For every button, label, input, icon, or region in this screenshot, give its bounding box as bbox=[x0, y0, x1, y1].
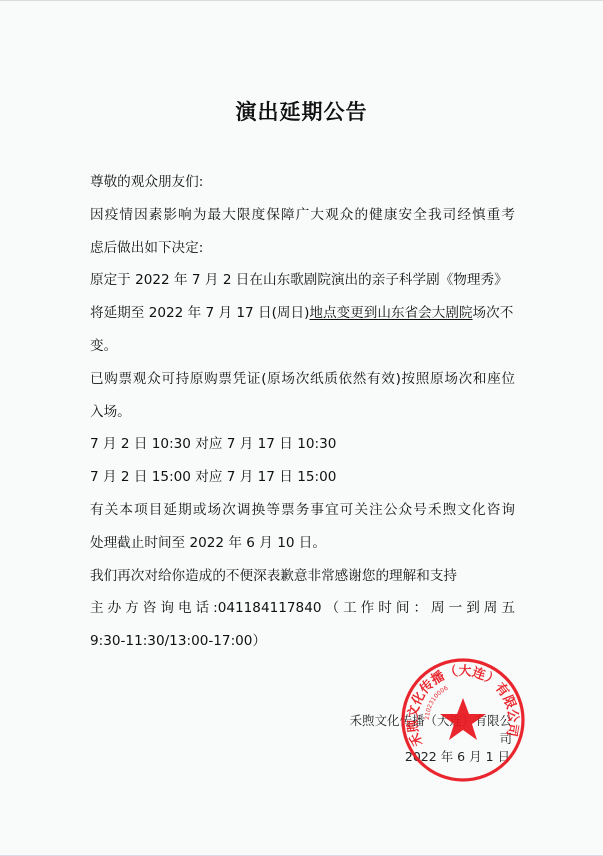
paragraph-2-line-3: 变。 bbox=[90, 330, 515, 363]
company-seal-stamp: 禾煦文化传播（大连）有限公司 2102310006 bbox=[399, 656, 527, 784]
paragraph-2-line-2: 将延期至 2022 年 7 月 17 日(周日)地点变更到山东省会大剧院场次不 bbox=[90, 297, 515, 330]
paragraph-4-line-2: 处理截止时间至 2022 年 6 月 10 日。 bbox=[90, 527, 515, 560]
venue-change-underlined: 地点变更到山东省会大剧院 bbox=[309, 305, 472, 321]
session-unchanged-text: 场次不 bbox=[473, 305, 514, 321]
salutation: 尊敬的观众朋友们: bbox=[90, 166, 515, 199]
paragraph-2-line-1: 原定于 2022 年 7 月 2 日在山东歌剧院演出的亲子科学剧《物理秀》 bbox=[90, 264, 515, 297]
paragraph-1-line-2: 虑后做出如下决定: bbox=[90, 232, 515, 265]
paragraph-4-line-1: 有关本项目延期或场次调换等票务事宜可关注公众号禾煦文化咨询 bbox=[90, 494, 515, 527]
schedule-line-1: 7 月 2 日 10:30 对应 7 月 17 日 10:30 bbox=[90, 428, 515, 461]
contact-line-2: 9:30-11:30/13:00-17:00） bbox=[90, 625, 515, 658]
star-icon bbox=[440, 698, 486, 740]
paragraph-5-line-1: 我们再次对给你造成的不便深表歉意非常感谢您的理解和支持 bbox=[90, 560, 515, 593]
page-top-border bbox=[0, 0, 603, 1]
paragraph-3-line-2: 入场。 bbox=[90, 396, 515, 429]
paragraph-3-line-1: 已购票观众可持原购票凭证(原场次纸质依然有效)按照原场次和座位 bbox=[90, 363, 515, 396]
postpone-date-text: 将延期至 2022 年 7 月 17 日(周日) bbox=[90, 305, 309, 321]
page-title: 演出延期公告 bbox=[0, 96, 603, 126]
paragraph-1-line-1: 因疫情因素影响为最大限度保障广大观众的健康安全我司经慎重考 bbox=[90, 199, 515, 232]
contact-line-1: 主办方咨询电话:041184117840（工作时间：周一到周五 bbox=[90, 592, 515, 625]
notice-body: 尊敬的观众朋友们: 因疫情因素影响为最大限度保障广大观众的健康安全我司经慎重考 … bbox=[90, 166, 515, 658]
schedule-line-2: 7 月 2 日 15:00 对应 7 月 17 日 15:00 bbox=[90, 461, 515, 494]
